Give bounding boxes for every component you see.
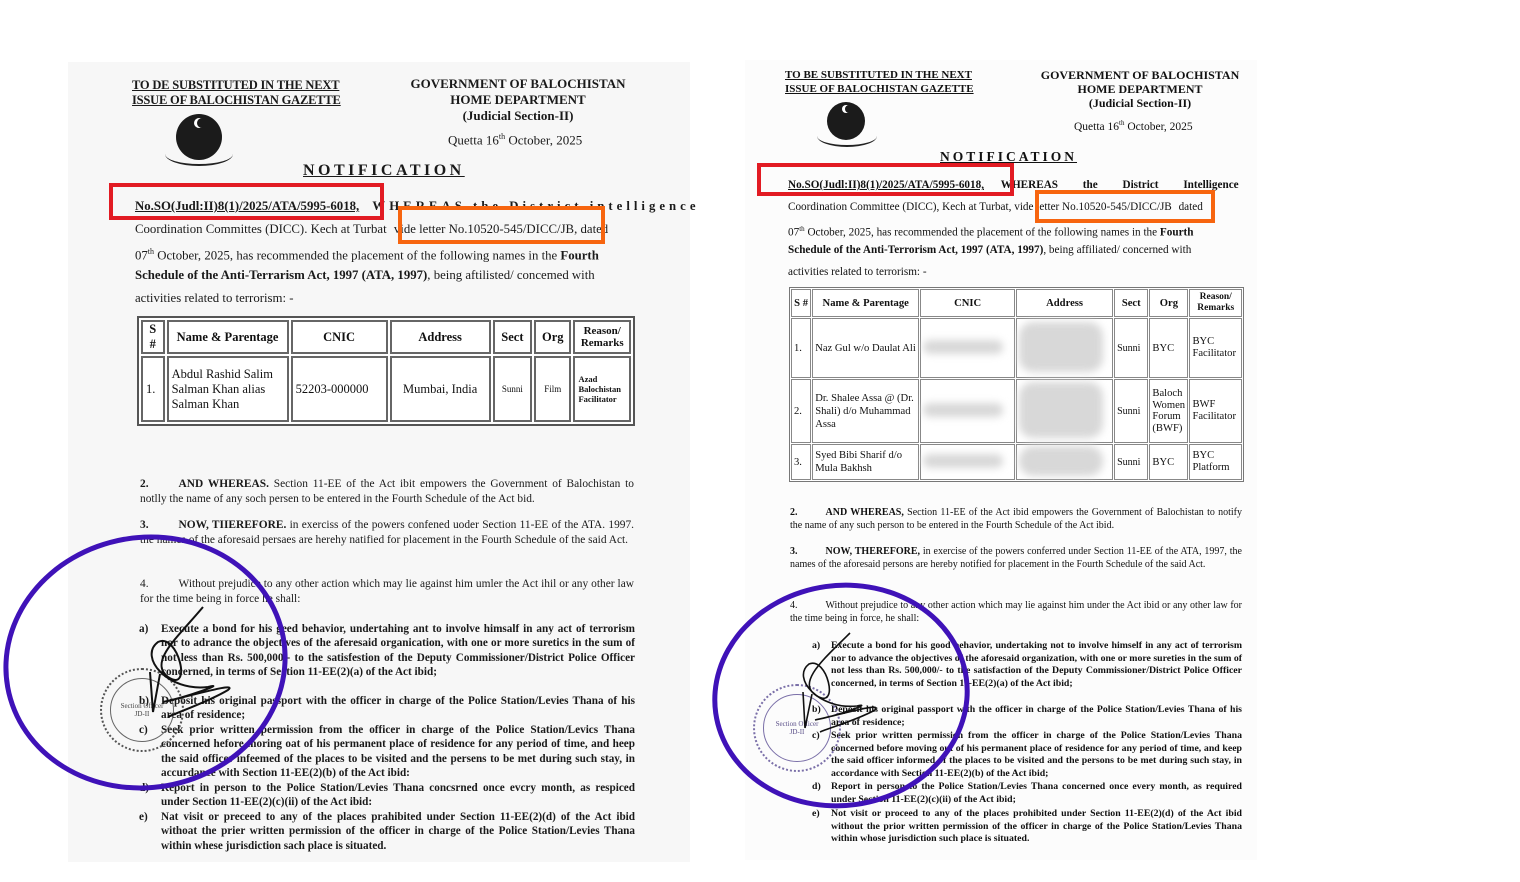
- condition-label: e): [812, 808, 820, 821]
- condition-c: c)Seek prior written permission from the…: [161, 723, 635, 781]
- department-heading: HOME DEPARTMENT: [1025, 82, 1255, 97]
- cell-remarks: Azad Balochistan Facilitator: [573, 356, 631, 422]
- stamp-title: Section Officer: [121, 702, 164, 710]
- act-name: Schedule of the Anti-Terrarism Act, 1997…: [135, 268, 427, 282]
- dicc-text: Coordination Committee (DICC), Kech at T…: [788, 201, 1011, 213]
- condition-label: e): [139, 810, 148, 824]
- condition-text: Seek prior written permission from the o…: [161, 724, 635, 779]
- condition-e: e)Not visit or proceed to any of the pla…: [831, 808, 1242, 846]
- reference-number: No.SO(Judl:II)8(1)/2025/ATA/5995-6018,: [135, 199, 359, 213]
- table-row: 1. Naz Gul w/o Daulat Ali Sunni BYC BYC …: [791, 318, 1242, 378]
- body-line-2: Coordination Committes (DICC). Kech at T…: [135, 218, 633, 240]
- recommend-text: October, 2025, has recommended the place…: [154, 248, 560, 262]
- fourth-text: Fourth: [560, 248, 598, 262]
- para-lead: AND WHEREAS.: [179, 478, 269, 490]
- date-suffix: October, 2025: [505, 132, 582, 147]
- col-remarks: Reason/ Remarks: [573, 320, 631, 354]
- condition-label: a): [812, 640, 820, 653]
- date-prefix: Quetta 16: [1074, 121, 1119, 133]
- para-number: 3.: [140, 519, 149, 531]
- para-number: 4.: [140, 578, 149, 590]
- condition-text: Not visit or proceed to any of the place…: [831, 808, 1242, 844]
- stamp-inner: Section Officer JD-II: [763, 694, 831, 762]
- cell-sn: 2.: [791, 379, 811, 443]
- recommend-text: October, 2025, has recommended the place…: [805, 227, 1160, 239]
- body-line-4: Schedule of the Anti-Terrarism Act, 1997…: [135, 264, 633, 286]
- cell-sect: Sunni: [1114, 379, 1148, 443]
- condition-text: Deposit his original passport with the o…: [831, 704, 1242, 728]
- gazette-note-line-2: ISSUE OF BALOCHISTAN GAZETTE: [785, 82, 974, 96]
- condition-text: Deposit his original passport with the o…: [161, 695, 635, 721]
- cell-sect: Sunni: [1114, 444, 1148, 480]
- paragraph-2: 2.AND WHEREAS. Section 11-EE of the Act …: [140, 477, 634, 507]
- section-heading: (Judicial Section-II): [398, 108, 638, 124]
- stamp-code: JD-II: [790, 728, 805, 736]
- stamp-code: JD-II: [135, 710, 150, 718]
- dated-text: dated: [580, 222, 608, 236]
- cell-remarks: BYC Platform: [1189, 444, 1242, 480]
- cell-name: Naz Gul w/o Daulat Ali: [812, 318, 919, 378]
- condition-d: d)Report in person to the Police Station…: [161, 781, 635, 810]
- condition-label: a): [139, 622, 148, 636]
- col-address: Address: [1016, 289, 1113, 317]
- letter-reference: vide letter No.10520-545/DICC/JB,: [394, 222, 577, 236]
- paragraph-3: 3.NOW, TIIEREFORE. in exerciss of the po…: [140, 518, 634, 548]
- cell-remarks: BWF Facilitator: [1189, 379, 1242, 443]
- cell-org: BYC: [1149, 444, 1188, 480]
- para-lead: NOW, TIIEREFORE.: [179, 519, 287, 531]
- col-sn: S #: [791, 289, 811, 317]
- government-heading: GOVERNMENT OF BALOCHISTAN: [398, 76, 638, 92]
- condition-text: Seek prior written permission from the o…: [831, 730, 1242, 779]
- paragraph-2: 2.AND WHEREAS, Section 11-EE of the Act …: [790, 506, 1242, 532]
- para-lead: AND WHEREAS,: [826, 507, 904, 518]
- cell-cnic: 52203-000000: [291, 356, 388, 422]
- notification-date: Quetta 16th October, 2025: [1074, 119, 1193, 133]
- emblem-ribbon: [817, 125, 877, 147]
- condition-label: d): [812, 781, 821, 794]
- fourth-schedule-table: S # Name & Parentage CNIC Address Sect O…: [137, 316, 635, 426]
- left-notification-scan: TO DE SUBSTITUTED IN THE NEXT ISSUE OF B…: [68, 62, 690, 862]
- affiliation-text: , being affiliated/ concerned with: [1043, 244, 1191, 256]
- condition-text: Execute a bond for his good behavior, un…: [831, 640, 1242, 689]
- body-line-3: 07th October, 2025, has recommended the …: [135, 241, 633, 266]
- affiliation-text: , being aftilisted/ concemed with: [427, 268, 594, 282]
- reference-number: No.SO(Judl:II)8(1)/2025/ATA/5995-6018,: [788, 179, 984, 191]
- cell-cnic-redacted: [920, 318, 1015, 378]
- paragraph-3: 3.NOW, THEREFORE, in exercise of the pow…: [790, 545, 1242, 571]
- dated-text: dated: [1179, 201, 1203, 213]
- col-sect: Sect: [493, 320, 532, 354]
- paragraph-4: 4.Without prejudice to any other action …: [790, 599, 1242, 625]
- right-notification-document: TO BE SUBSTITUTED IN THE NEXT ISSUE OF B…: [745, 60, 1257, 860]
- cell-org: Film: [534, 356, 571, 422]
- cell-address-redacted: [1016, 379, 1113, 443]
- para-number: 4.: [790, 600, 798, 611]
- condition-e: e)Nat visit or preceed to any of the pla…: [161, 810, 635, 853]
- table-row: 3. Syed Bibi Sharif d/o Mula Bakhsh Sunn…: [791, 444, 1242, 480]
- table-row: 2. Dr. Shalee Assa @ (Dr. Shali) d/o Muh…: [791, 379, 1242, 443]
- gazette-note-line-2: ISSUE OF BALOCHISTAN GAZETTE: [132, 93, 341, 107]
- body-line-5: activities related to terrorism: -: [788, 262, 1242, 284]
- whereas-clause: WHEREAS the District Intelligence: [1001, 179, 1239, 191]
- cell-address-redacted: [1016, 318, 1113, 378]
- col-name: Name & Parentage: [812, 289, 919, 317]
- notification-title: NOTIFICATION: [303, 162, 465, 180]
- col-address: Address: [390, 320, 491, 354]
- cell-name: Syed Bibi Sharif d/o Mula Bakhsh: [812, 444, 919, 480]
- condition-b: b)Deposit his original passport with the…: [161, 694, 635, 723]
- fourth-schedule-table: S # Name & Parentage CNIC Address Sect O…: [789, 287, 1244, 482]
- stamp-title: Section Officer: [776, 720, 819, 728]
- body-line-1: No.SO(Judl:II)8(1)/2025/ATA/5995-6018, W…: [788, 175, 1242, 197]
- day-text: 07: [788, 227, 799, 239]
- para-lead: NOW, THEREFORE,: [826, 546, 921, 557]
- para-number: 2.: [790, 507, 798, 518]
- col-org: Org: [534, 320, 571, 354]
- gazette-note-line-1: TO DE SUBSTITUTED IN THE NEXT: [132, 78, 339, 92]
- table-header-row: S # Name & Parentage CNIC Address Sect O…: [141, 320, 631, 354]
- condition-label: d): [139, 781, 149, 795]
- fourth-text: Fourth: [1160, 227, 1194, 239]
- col-sn: S #: [141, 320, 165, 354]
- condition-a: a)Execute a bond for his geed behavior, …: [161, 622, 635, 680]
- cell-cnic-redacted: [920, 379, 1015, 443]
- condition-d: d)Report in person to the Police Station…: [831, 781, 1242, 806]
- col-cnic: CNIC: [920, 289, 1015, 317]
- table-row: 1. Abdul Rashid Salim Salman Khan alias …: [141, 356, 631, 422]
- cell-sn: 1.: [791, 318, 811, 378]
- cell-sn: 1.: [141, 356, 165, 422]
- body-line-4: Schedule of the Anti-Terrorism Act, 1997…: [788, 240, 1242, 262]
- para-text: Without prejudice to any other action wh…: [140, 578, 634, 605]
- table-header-row: S # Name & Parentage CNIC Address Sect O…: [791, 289, 1242, 317]
- col-name: Name & Parentage: [167, 320, 289, 354]
- government-heading: GOVERNMENT OF BALOCHISTAN: [1025, 68, 1255, 83]
- department-heading: HOME DEPARTMENT: [398, 92, 638, 108]
- condition-text: Nat visit or preceed to any of the place…: [161, 811, 635, 852]
- cell-sect: Sunni: [493, 356, 532, 422]
- emblem-ribbon: [165, 142, 233, 166]
- cell-cnic-redacted: [920, 444, 1015, 480]
- condition-text: Execute a bond for his geed behavior, un…: [161, 623, 635, 678]
- date-suffix: October, 2025: [1124, 121, 1192, 133]
- cell-org: BYC: [1149, 318, 1188, 378]
- whereas-clause: WHEREAS the District intelligence: [372, 199, 699, 213]
- notification-title: NOTIFICATION: [940, 149, 1077, 165]
- col-sect: Sect: [1114, 289, 1148, 317]
- official-stamp: Section Officer JD-II: [753, 684, 841, 772]
- cell-address-redacted: [1016, 444, 1113, 480]
- body-line-1: No.SO(Judl:II)8(1)/2025/ATA/5995-6018, W…: [135, 195, 633, 217]
- cell-name: Abdul Rashid Salim Salman Khan alias Sal…: [167, 356, 289, 422]
- stamp-inner: Section Officer JD-II: [110, 678, 174, 742]
- cell-sn: 3.: [791, 444, 811, 480]
- official-stamp: Section Officer JD-II: [100, 668, 184, 752]
- letter-reference: vide letter No.10520-545/DICC/JB: [1014, 201, 1172, 213]
- date-prefix: Quetta 16: [448, 132, 499, 147]
- cell-remarks: BYC Facilitator: [1189, 318, 1242, 378]
- para-number: 2.: [140, 478, 149, 490]
- gazette-note-line-1: TO BE SUBSTITUTED IN THE NEXT: [785, 68, 972, 82]
- paragraph-4: 4.Without prejudice to any other action …: [140, 577, 634, 607]
- para-number: 3.: [790, 546, 798, 557]
- notification-date: Quetta 16th October, 2025: [448, 132, 582, 148]
- col-cnic: CNIC: [291, 320, 388, 354]
- body-line-2: Coordination Committee (DICC), Kech at T…: [788, 197, 1242, 219]
- body-line-5: activities related to terrorism: -: [135, 287, 633, 309]
- cell-sect: Sunni: [1114, 318, 1148, 378]
- cell-name: Dr. Shalee Assa @ (Dr. Shali) d/o Muhamm…: [812, 379, 919, 443]
- para-text: Without prejudice to any other action wh…: [790, 600, 1242, 624]
- col-remarks: Reason/ Remarks: [1189, 289, 1242, 317]
- condition-b: b)Deposit his original passport with the…: [831, 704, 1242, 729]
- col-org: Org: [1149, 289, 1188, 317]
- day-text: 07: [135, 248, 148, 262]
- condition-text: Report in person to the Police Station/L…: [831, 781, 1242, 805]
- cell-address: Mumbai, India: [390, 356, 491, 422]
- act-name: Schedule of the Anti-Terrorism Act, 1997…: [788, 244, 1043, 256]
- cell-org: Baloch Women Forum (BWF): [1149, 379, 1188, 443]
- condition-a: a)Execute a bond for his good behavior, …: [831, 640, 1242, 691]
- section-heading: (Judicial Section-II): [1025, 96, 1255, 111]
- dicc-text: Coordination Committes (DICC). Kech at T…: [135, 222, 387, 236]
- condition-text: Report in person to the Police Station/L…: [161, 782, 635, 808]
- condition-c: c)Seek prior written permission from the…: [831, 730, 1242, 781]
